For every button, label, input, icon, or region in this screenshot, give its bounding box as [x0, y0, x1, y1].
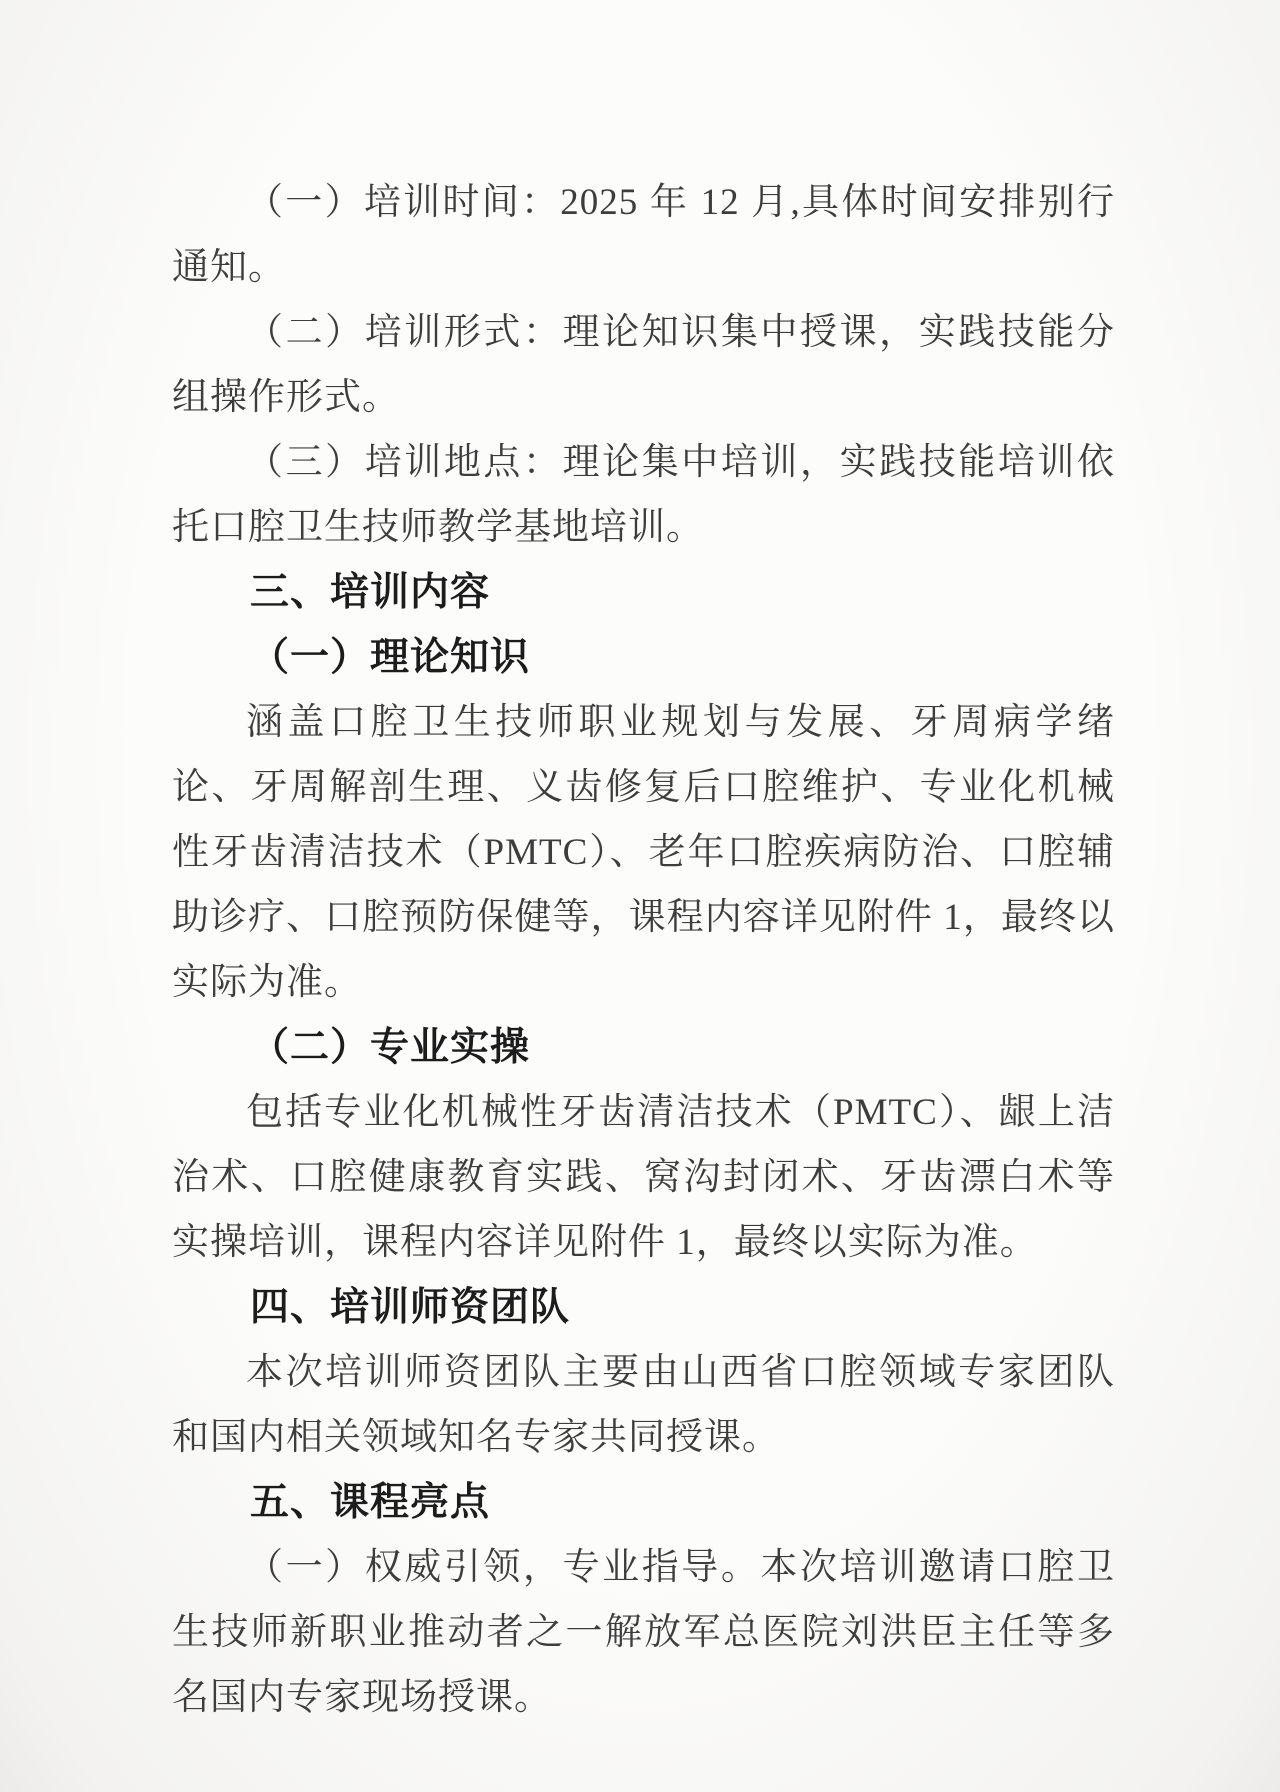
paragraph-practical-content: 包括专业化机械性牙齿清洁技术（PMTC）、龈上洁治术、口腔健康教育实践、窝沟封闭…: [172, 1080, 1115, 1275]
paragraph-course-highlight-1: （一）权威引领，专业指导。本次培训邀请口腔卫生技师新职业推动者之一解放军总医院刘…: [172, 1535, 1115, 1730]
paragraph-training-time: （一）培训时间：2025 年 12 月,具体时间安排别行通知。: [172, 170, 1115, 300]
document-page: （一）培训时间：2025 年 12 月,具体时间安排别行通知。 （二）培训形式：…: [0, 0, 1280, 1792]
heading-theory-knowledge: （一）理论知识: [172, 625, 1115, 690]
paragraph-theory-content: 涵盖口腔卫生技师职业规划与发展、牙周病学绪论、牙周解剖生理、义齿修复后口腔维护、…: [172, 690, 1115, 1015]
paragraph-training-format: （二）培训形式：理论知识集中授课，实践技能分组操作形式。: [172, 300, 1115, 430]
heading-section5-course-highlights: 五、课程亮点: [172, 1470, 1115, 1535]
paragraph-faculty-team: 本次培训师资团队主要由山西省口腔领域专家团队和国内相关领域知名专家共同授课。: [172, 1340, 1115, 1470]
heading-section3-training-content: 三、培训内容: [172, 560, 1115, 625]
heading-section4-faculty-team: 四、培训师资团队: [172, 1275, 1115, 1340]
heading-practical-operation: （二）专业实操: [172, 1015, 1115, 1080]
paragraph-training-location: （三）培训地点：理论集中培训，实践技能培训依托口腔卫生技师教学基地培训。: [172, 430, 1115, 560]
